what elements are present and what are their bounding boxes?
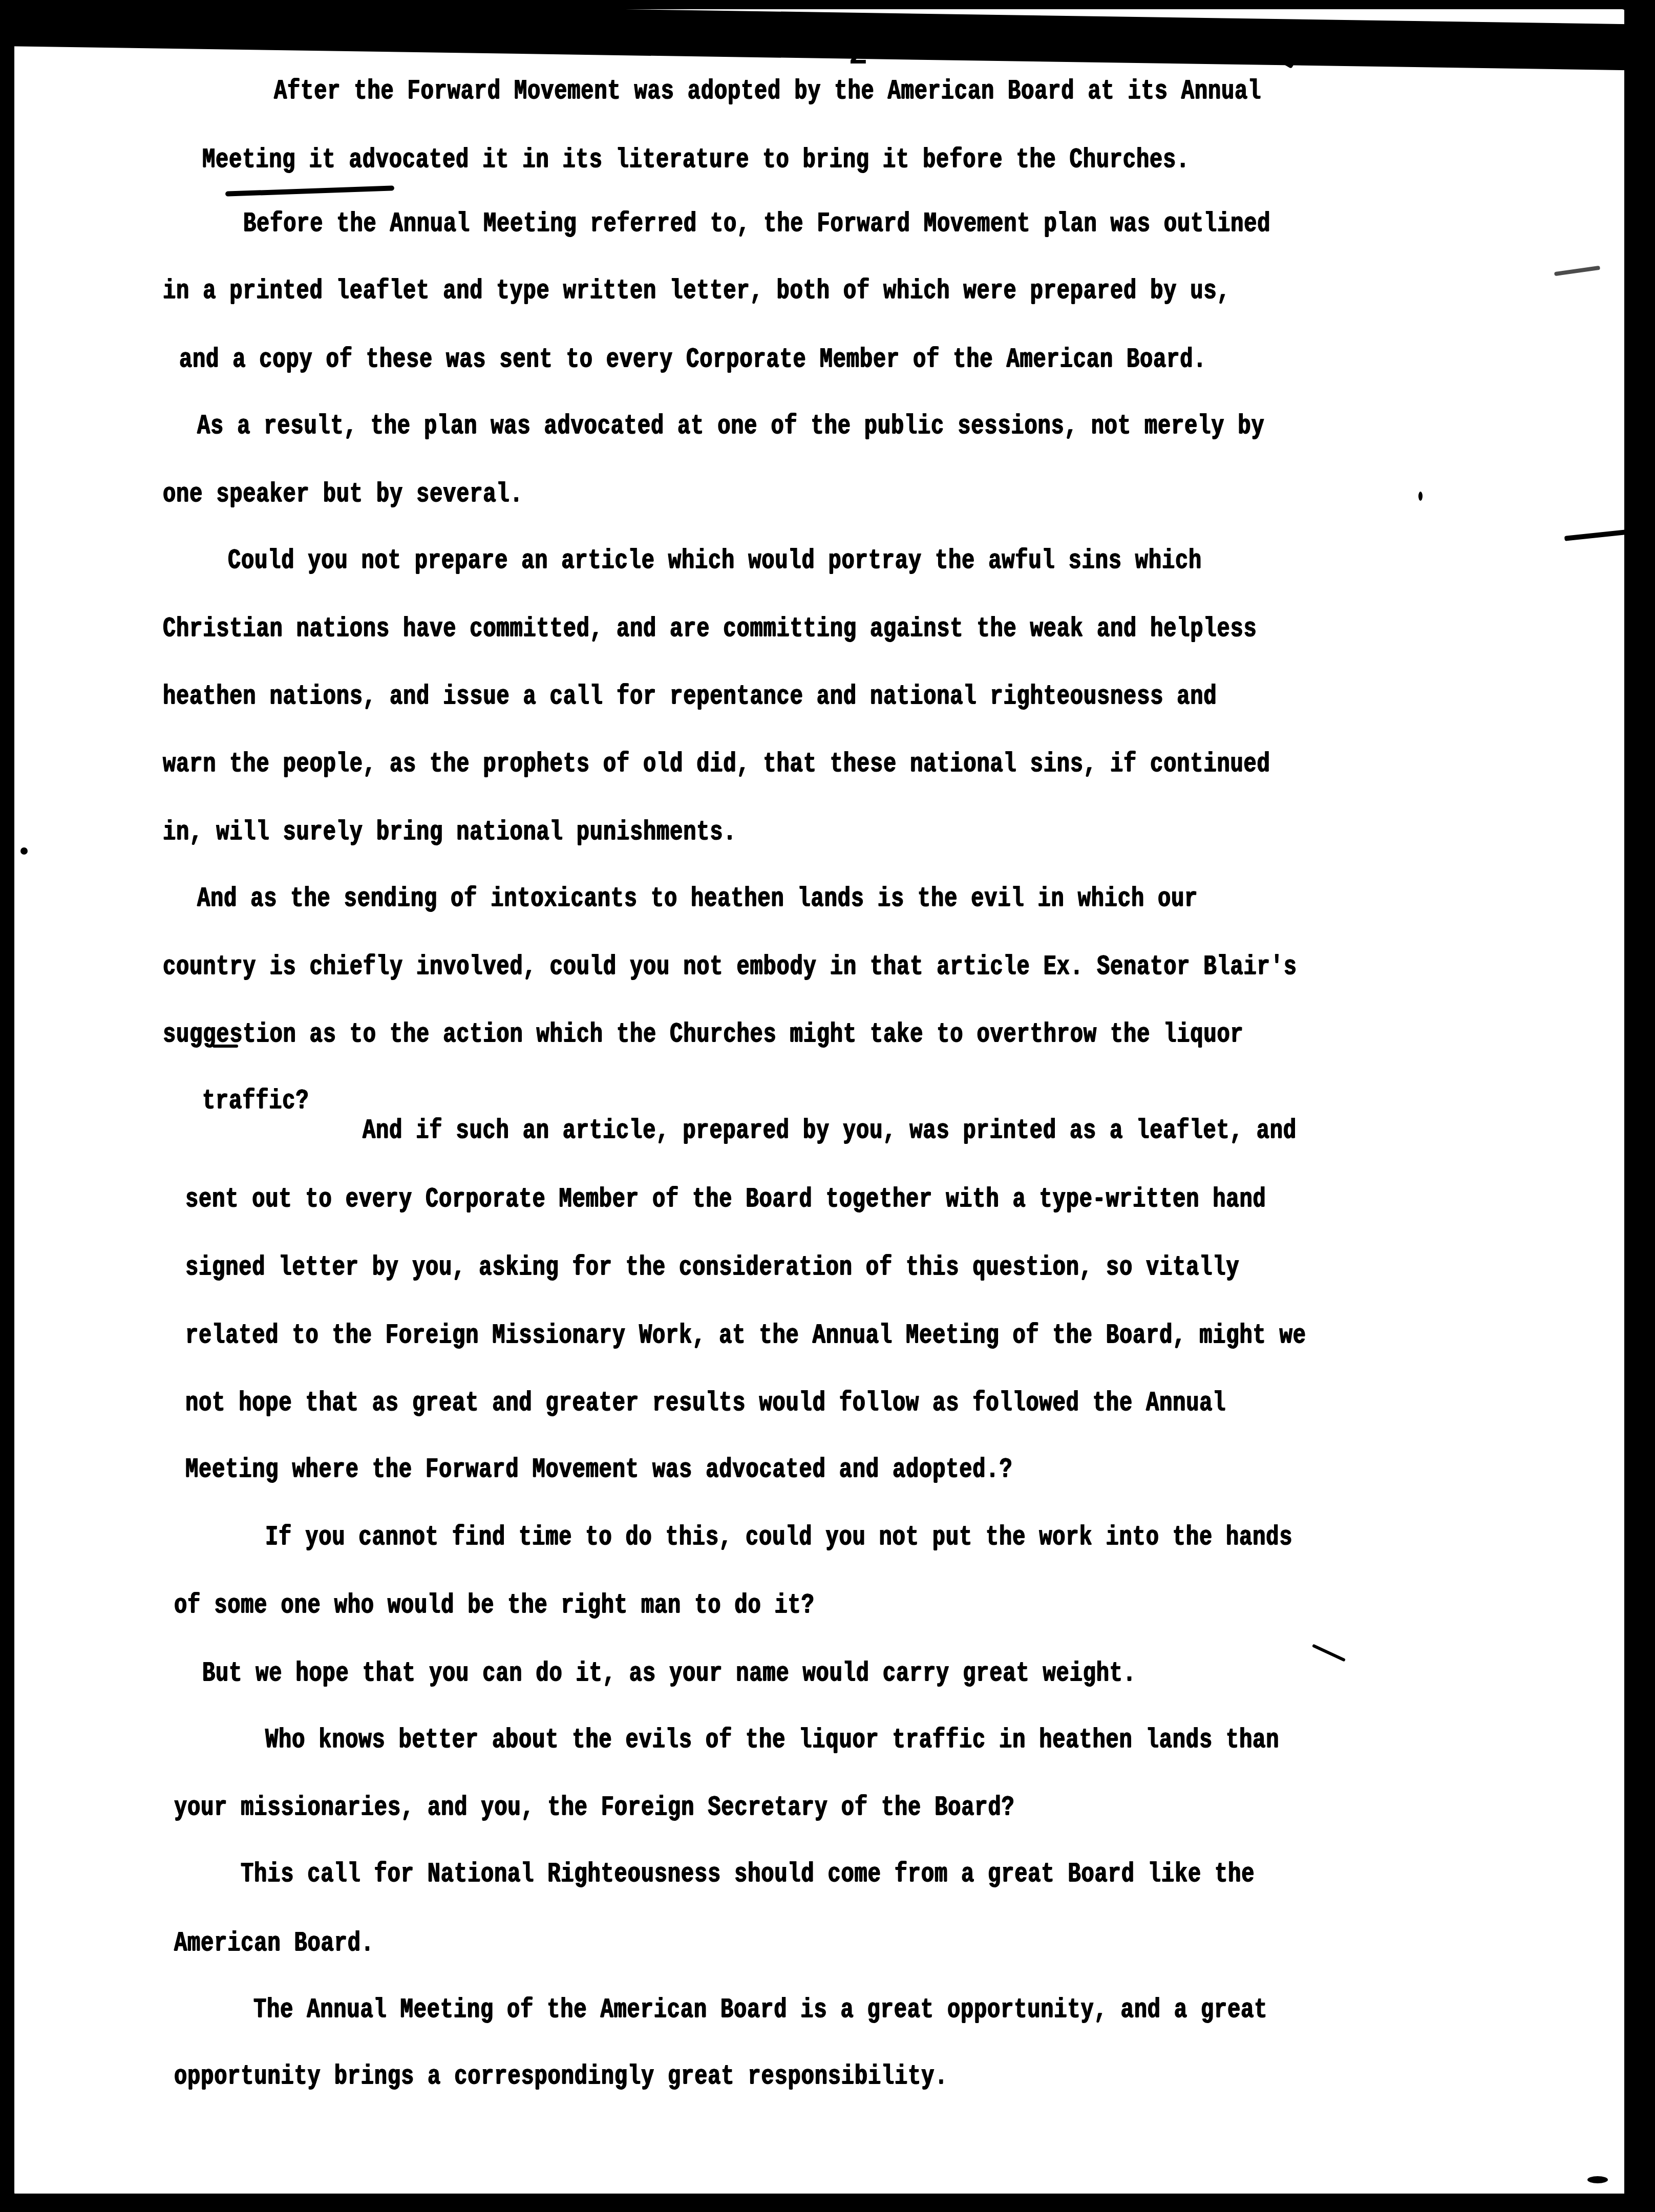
scan-top-border-left xyxy=(0,0,614,11)
page-number: -2- xyxy=(830,37,887,73)
text-line: country is chiefly involved, could you n… xyxy=(163,951,1297,983)
text-line: But we hope that you can do it, as your … xyxy=(202,1658,1136,1689)
text-line: warn the people, as the prophets of old … xyxy=(163,749,1270,780)
text-line: Could you not prepare an article which w… xyxy=(228,545,1202,577)
text-line: American Board. xyxy=(174,1928,374,1959)
text-line: not hope that as great and greater resul… xyxy=(185,1388,1226,1419)
text-line: This call for National Righteousness sho… xyxy=(241,1859,1255,1890)
text-line: Meeting where the Forward Movement was a… xyxy=(185,1454,1012,1485)
scan-right-border xyxy=(1624,0,1655,2212)
text-line: your missionaries, and you, the Foreign … xyxy=(174,1792,1015,1823)
text-line: and a copy of these was sent to every Co… xyxy=(179,344,1206,375)
text-line: traffic? xyxy=(202,1086,309,1117)
text-line: And if such an article, prepared by you,… xyxy=(363,1115,1297,1146)
text-line: in a printed leaflet and type written le… xyxy=(163,275,1230,307)
text-line: of some one who would be the right man t… xyxy=(174,1590,815,1621)
scan-speck xyxy=(20,847,28,855)
text-line: sent out to every Corporate Member of th… xyxy=(185,1184,1266,1215)
text-line: After the Forward Movement was adopted b… xyxy=(274,76,1261,107)
text-line: Christian nations have committed, and ar… xyxy=(163,613,1257,645)
text-line: related to the Foreign Missionary Work, … xyxy=(185,1320,1306,1351)
text-line: As a result, the plan was advocated at o… xyxy=(197,411,1264,442)
scan-bottom-border xyxy=(0,2194,1655,2212)
text-line: If you cannot find time to do this, coul… xyxy=(265,1522,1292,1553)
text-line: Who knows better about the evils of the … xyxy=(265,1725,1279,1756)
text-line: The Annual Meeting of the American Board… xyxy=(253,1994,1267,2026)
text-line: opportunity brings a correspondingly gre… xyxy=(174,2061,948,2092)
text-line: Before the Annual Meeting referred to, t… xyxy=(243,208,1270,240)
text-line: And as the sending of intoxicants to hea… xyxy=(197,883,1198,914)
text-line: Meeting it advocated it in its literatur… xyxy=(202,144,1190,176)
scan-speck xyxy=(1587,2176,1608,2183)
text-line: heathen nations, and issue a call for re… xyxy=(163,681,1217,712)
text-line: suggestion as to the action which the Ch… xyxy=(163,1019,1244,1050)
text-line: in, will surely bring national punishmen… xyxy=(163,817,736,848)
scan-speck xyxy=(1418,492,1423,501)
text-line: signed letter by you, asking for the con… xyxy=(185,1252,1239,1283)
text-line: one speaker but by several. xyxy=(163,479,523,510)
scan-speck xyxy=(1628,1352,1633,1372)
